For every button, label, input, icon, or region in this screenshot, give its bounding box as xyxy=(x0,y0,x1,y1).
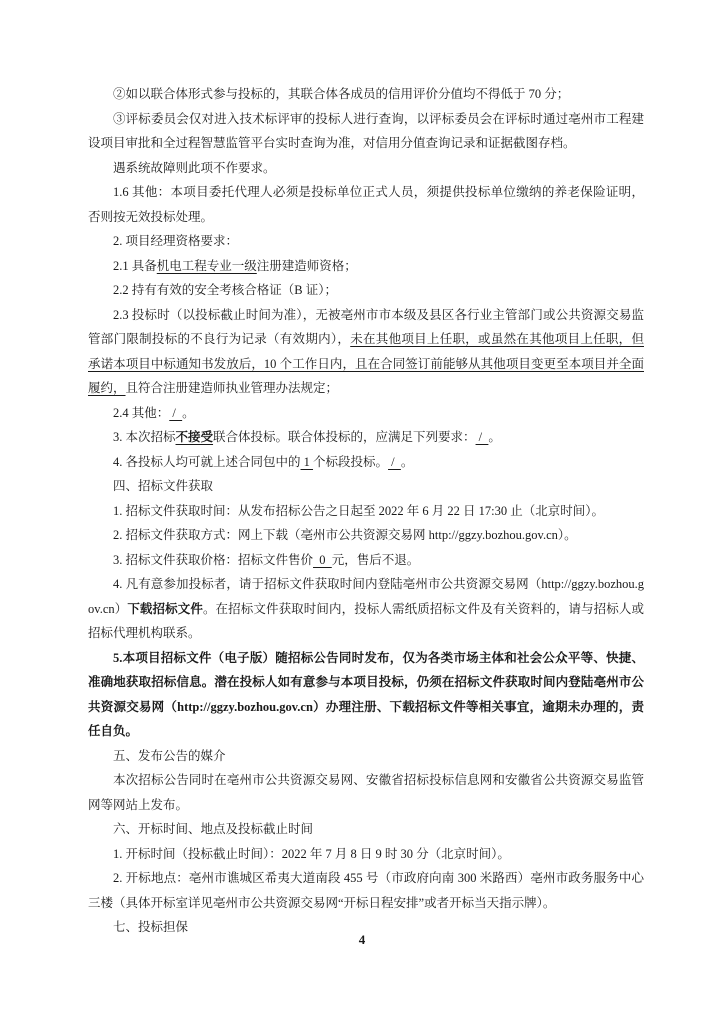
paragraph: ③评标委员会仅对进入技术标评审的投标人进行查询，以评标委员会在评标时通过亳州市工… xyxy=(88,107,644,156)
text-segment: ③评标委员会仅对进入技术标评审的投标人进行查询，以评标委员会在评标时通过亳州市工… xyxy=(88,112,644,151)
page-number: 4 xyxy=(0,932,724,948)
paragraph: 四、招标文件获取 xyxy=(88,474,644,499)
paragraph: 4. 凡有意参加投标者，请于招标文件获取时间内登陆亳州市公共资源交易网（http… xyxy=(88,572,644,646)
paragraph: 4. 各投标人均可就上述合同包中的 1 个标段投标。 / 。 xyxy=(88,450,644,475)
text-segment: 。 xyxy=(488,430,501,444)
text-segment: 且符合注册建造师执业管理办法规定； xyxy=(126,381,339,395)
paragraph: 2. 项目经理资格要求： xyxy=(88,229,644,254)
text-segment: 机电工程专业一级 xyxy=(157,259,257,273)
text-segment: 注册建造师资格； xyxy=(257,259,357,273)
text-segment: 六、开标时间、地点及投标截止时间 xyxy=(113,822,313,836)
text-segment: 3. 本次招标 xyxy=(113,430,176,444)
text-segment: 五、发布公告的媒介 xyxy=(113,749,226,763)
text-segment: / xyxy=(169,406,182,420)
text-segment: 1.6 其他：本项目委托代理人必须是投标单位正式人员，须提供投标单位缴纳的养老保… xyxy=(88,185,644,224)
paragraph: 1.6 其他：本项目委托代理人必须是投标单位正式人员，须提供投标单位缴纳的养老保… xyxy=(88,180,644,229)
paragraph: 2. 招标文件获取方式：网上下载（亳州市公共资源交易网 http://ggzy.… xyxy=(88,523,644,548)
paragraph: 六、开标时间、地点及投标截止时间 xyxy=(88,817,644,842)
text-segment: 。 xyxy=(401,455,414,469)
text-segment: 4. 各投标人均可就上述合同包中的 xyxy=(113,455,301,469)
paragraph: 五、发布公告的媒介 xyxy=(88,744,644,769)
text-segment: 2.1 具备 xyxy=(113,259,157,273)
paragraph: 2.2 持有有效的安全考核合格证（B 证）； xyxy=(88,278,644,303)
paragraph: 3. 招标文件获取价格：招标文件售价 0 元，售后不退。 xyxy=(88,548,644,573)
paragraph: ②如以联合体形式参与投标的，其联合体各成员的信用评价分值均不得低于 70 分； xyxy=(88,82,644,107)
document-body: ②如以联合体形式参与投标的，其联合体各成员的信用评价分值均不得低于 70 分；③… xyxy=(88,82,644,940)
paragraph: 2. 开标地点：亳州市谯城区希夷大道南段 455 号（市政府向南 300 米路西… xyxy=(88,866,644,915)
text-segment: 2.4 其他： xyxy=(113,406,169,420)
text-segment: 本次招标公告同时在亳州市公共资源交易网、安徽省招标投标信息网和安徽省公共资源交易… xyxy=(88,773,644,812)
text-segment: 四、招标文件获取 xyxy=(113,479,213,493)
text-segment: 联合体投标。联合体投标的，应满足下列要求： xyxy=(213,430,476,444)
text-segment: 个标段投标。 xyxy=(313,455,388,469)
text-segment: 2. 开标地点：亳州市谯城区希夷大道南段 455 号（市政府向南 300 米路西… xyxy=(88,871,644,910)
paragraph: 1. 招标文件获取时间：从发布招标公告之日起至 2022 年 6 月 22 日 … xyxy=(88,499,644,524)
paragraph: 1. 开标时间（投标截止时间）：2022 年 7 月 8 日 9 时 30 分（… xyxy=(88,842,644,867)
text-segment: 5.本项目招标文件（电子版）随招标公告同时发布，仅为各类市场主体和社会公众平等、… xyxy=(88,651,644,739)
paragraph: 2.3 投标时（以投标截止时间为准），无被亳州市市本级及县区各行业主管部门或公共… xyxy=(88,303,644,401)
text-segment: 3. 招标文件获取价格：招标文件售价 xyxy=(113,553,313,567)
paragraph: 遇系统故障则此项不作要求。 xyxy=(88,156,644,181)
text-segment: 下载招标文件 xyxy=(127,602,203,616)
paragraph: 5.本项目招标文件（电子版）随招标公告同时发布，仅为各类市场主体和社会公众平等、… xyxy=(88,646,644,744)
text-segment: 2. 招标文件获取方式：网上下载（亳州市公共资源交易网 http://ggzy.… xyxy=(113,528,577,542)
paragraph: 2.1 具备机电工程专业一级注册建造师资格； xyxy=(88,254,644,279)
text-segment: / xyxy=(388,455,401,469)
text-segment: 2. 项目经理资格要求： xyxy=(113,234,238,248)
document-page: ②如以联合体形式参与投标的，其联合体各成员的信用评价分值均不得低于 70 分；③… xyxy=(0,0,724,1024)
paragraph: 2.4 其他： / 。 xyxy=(88,401,644,426)
paragraph: 本次招标公告同时在亳州市公共资源交易网、安徽省招标投标信息网和安徽省公共资源交易… xyxy=(88,768,644,817)
text-segment: 2.2 持有有效的安全考核合格证（B 证）； xyxy=(113,283,337,297)
text-segment: ②如以联合体形式参与投标的，其联合体各成员的信用评价分值均不得低于 70 分； xyxy=(113,87,569,101)
text-segment: 1. 招标文件获取时间：从发布招标公告之日起至 2022 年 6 月 22 日 … xyxy=(113,504,604,518)
text-segment: 0 xyxy=(313,553,332,567)
text-segment: / xyxy=(476,430,489,444)
text-segment: 。 xyxy=(182,406,195,420)
text-segment: 遇系统故障则此项不作要求。 xyxy=(113,161,276,175)
paragraph: 3. 本次招标不接受联合体投标。联合体投标的，应满足下列要求： / 。 xyxy=(88,425,644,450)
text-segment: 1. 开标时间（投标截止时间）：2022 年 7 月 8 日 9 时 30 分（… xyxy=(113,847,510,861)
text-segment: 1 xyxy=(301,455,314,469)
text-segment: 元，售后不退。 xyxy=(332,553,420,567)
text-segment: 不接受 xyxy=(176,430,214,444)
